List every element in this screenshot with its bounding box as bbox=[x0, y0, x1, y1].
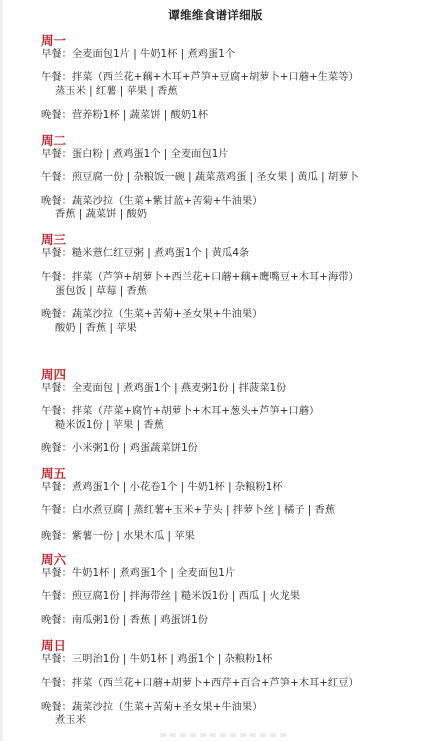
lunch-continuation: 蛋包饭 | 草莓 | 香蕉 bbox=[55, 285, 147, 298]
dinner-continuation: 煮玉米 bbox=[55, 714, 86, 727]
dinner-line: 晚餐：小米粥1份 | 鸡蛋蔬菜饼1份 bbox=[41, 442, 198, 455]
page-title: 谭维维食谱详细版 bbox=[0, 7, 431, 23]
breakfast-line: 早餐：蛋白粉 | 煮鸡蛋1个 | 全麦面包1片 bbox=[41, 148, 229, 161]
day-heading: 周五 bbox=[41, 467, 66, 481]
breakfast-line: 早餐：牛奶1杯 | 煮鸡蛋1个 | 全麦面包1片 bbox=[41, 567, 235, 580]
lunch-line: 午餐：煎豆腐1份 | 拌海带丝 | 糙米饭1份 | 西瓜 | 火龙果 bbox=[41, 590, 300, 603]
dinner-line: 晚餐：南瓜粥1份 | 香蕉 | 鸡蛋饼1份 bbox=[41, 614, 208, 627]
breakfast-line: 早餐：三明治1份 | 牛奶1杯 | 鸡蛋1个 | 杂粮粉1杯 bbox=[41, 653, 272, 666]
breakfast-line: 早餐：全麦面包1片 | 牛奶1杯 | 煮鸡蛋1个 bbox=[41, 48, 235, 61]
breakfast-line: 早餐：煮鸡蛋1个 | 小花卷1个 | 牛奶1杯 | 杂粮粉1杯 bbox=[41, 481, 283, 494]
day-heading: 周二 bbox=[41, 134, 66, 148]
dinner-continuation: 香蕉 | 蔬菜饼 | 酸奶 bbox=[55, 208, 147, 221]
lunch-line: 午餐：拌菜（西兰花+口蘑+胡萝卜+西芹+百合+芦笋+木耳+红豆） bbox=[41, 677, 359, 690]
dinner-line: 晚餐：紫薯一份 | 水果木瓜 | 苹果 bbox=[41, 530, 195, 543]
day-heading: 周六 bbox=[41, 553, 66, 567]
lunch-line: 午餐：拌菜（西兰花+藕+木耳+芦笋+豆腐+胡萝卜+口蘑+生菜等） bbox=[41, 71, 359, 84]
lunch-continuation: 糙米饭1份 | 苹果 | 香蕉 bbox=[55, 419, 164, 432]
day-heading: 周日 bbox=[41, 639, 66, 653]
lunch-line: 午餐：拌菜（芦笋+胡萝卜+西兰花+口蘑+藕+鹰嘴豆+木耳+海带） bbox=[41, 271, 359, 284]
dinner-line: 晚餐：营养粉1杯 | 蔬菜饼 | 酸奶1杯 bbox=[41, 109, 208, 122]
dinner-continuation: 酸奶 | 香蕉 | 苹果 bbox=[55, 322, 137, 335]
breakfast-line: 早餐：糙米薏仁红豆粥 | 煮鸡蛋1个 | 黄瓜4条 bbox=[41, 247, 249, 260]
lunch-line: 午餐：白水煮豆腐 | 蒸红薯+玉米+芋头 | 拌萝卜丝 | 橘子 | 香蕉 bbox=[41, 504, 335, 517]
day-heading: 周一 bbox=[41, 34, 66, 48]
dinner-line: 晚餐：蔬菜沙拉（生菜+紫甘蓝+苦菊+牛油果） bbox=[41, 195, 263, 208]
dinner-line: 晚餐：蔬菜沙拉（生菜+苦菊+圣女果+牛油果） bbox=[41, 308, 263, 321]
cut-off-text-fragment bbox=[160, 733, 290, 737]
breakfast-line: 早餐：全麦面包 | 煮鸡蛋1个 | 燕麦粥1份 | 拌菠菜1份 bbox=[41, 382, 286, 395]
dinner-line: 晚餐：蔬菜沙拉（生菜+苦菊+圣女果+牛油果） bbox=[41, 701, 263, 714]
lunch-line: 午餐：拌菜（芹菜+腐竹+胡萝卜+木耳+葱头+芦笋+口蘑） bbox=[41, 405, 319, 418]
day-heading: 周三 bbox=[41, 233, 66, 247]
left-edge-strip bbox=[0, 0, 3, 741]
lunch-continuation: 蒸玉米 | 红薯 | 苹果 | 香蕉 bbox=[55, 85, 178, 98]
lunch-line: 午餐：煎豆腐一份 | 杂粮饭一碗 | 蔬菜蒸鸡蛋 | 圣女果 | 黄瓜 | 胡萝… bbox=[41, 171, 359, 184]
day-heading: 周四 bbox=[41, 368, 66, 382]
